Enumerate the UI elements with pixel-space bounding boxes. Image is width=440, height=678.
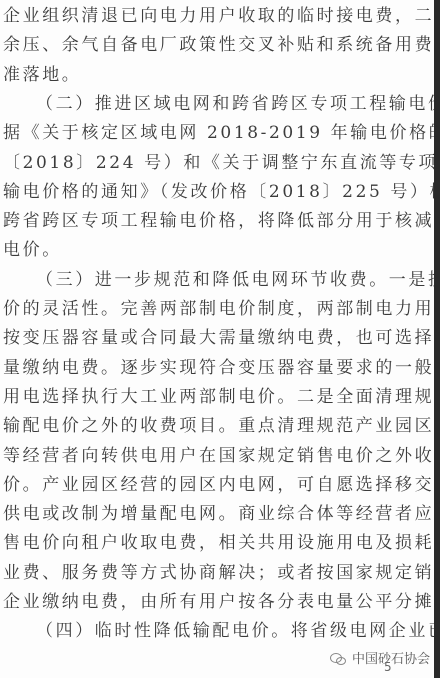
text-line: 企业缴纳电费，由所有用户按各分表电量公平分摊。 bbox=[3, 592, 440, 612]
text-line: 企业组织清退已向电力用户收取的临时接电费，二是减免余热、 bbox=[3, 6, 440, 26]
page-number: 5 bbox=[384, 660, 392, 674]
text-line: 业费、服务费等方式协商解决；或者按国家规定销售电价向电网 bbox=[3, 563, 440, 583]
text-line: 价。产业园区经营的园区内电网，可自愿选择移交电网企业直接 bbox=[3, 475, 440, 495]
text-line: 输电价格的通知》（发改价格〔2018〕225 号）核定的区域电网和 bbox=[3, 182, 440, 202]
text-line: 〔2018〕224 号）和《关于调整宁东直流等专项工程 2018-2019 年 bbox=[3, 153, 440, 173]
text-line: 量缴纳电费。逐步实现符合变压器容量要求的一般工商业及其他 bbox=[3, 358, 440, 378]
text-line: 据《关于核定区域电网 2018-2019 年输电价格的通知》（发改价格 bbox=[3, 123, 440, 143]
text-line: 输配电价之外的收费项目。重点清理规范产业园区、商业综合体 bbox=[3, 416, 440, 436]
text-line: 电价。 bbox=[3, 240, 62, 260]
text-line: （三）进一步规范和降低电网环节收费。一是提高两部制电 bbox=[36, 270, 440, 290]
text-line: 准落地。 bbox=[3, 65, 81, 85]
text-line: 跨省跨区专项工程输电价格，将降低部分用于核减相关省份输配 bbox=[3, 211, 440, 231]
text-line: 售电价向租户收取电费，相关共用设施用电及损耗通过租金、物 bbox=[3, 533, 440, 553]
text-line: 价的灵活性。完善两部制电价制度，两部制电力用户可自愿选择 bbox=[3, 299, 440, 319]
document-page: 企业组织清退已向电力用户收取的临时接电费，二是减免余热、 余压、余气自备电厂政策… bbox=[0, 0, 434, 678]
text-line: 按变压器容量或合同最大需量缴纳电费，也可选择按实际最大需 bbox=[3, 328, 440, 348]
text-line: 供电或改制为增量配电网。商业综合体等经营者应按国家规定销 bbox=[3, 504, 440, 524]
text-line: （二）推进区域电网和跨省跨区专项工程输电价格改革。根 bbox=[36, 94, 440, 114]
wechat-icon bbox=[330, 652, 346, 664]
text-line: （四）临时性降低输配电价。将省级电网企业已核定的规划 bbox=[36, 621, 440, 641]
watermark: 中国砂石协会 bbox=[330, 648, 430, 667]
text-line: 余压、余气自备电厂政策性交叉补贴和系统备用费，确保政策精 bbox=[3, 35, 440, 55]
page-edge bbox=[434, 0, 440, 678]
text-line: 等经营者向转供电用户在国家规定销售电价之外收取的各类加 bbox=[3, 446, 440, 466]
text-line: 用电选择执行大工业两部制电价。二是全面清理规范电网企业在 bbox=[3, 387, 440, 407]
